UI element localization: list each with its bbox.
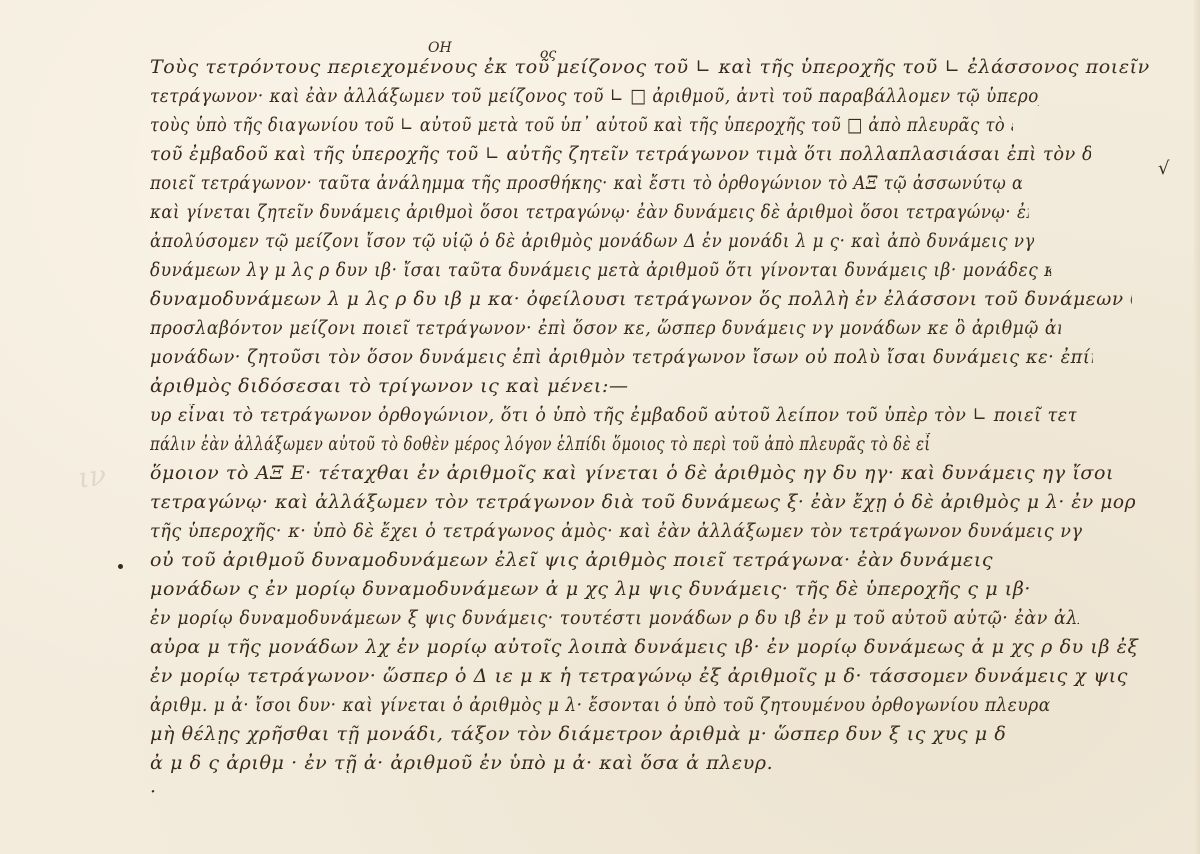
manuscript-line: προσλαβόντον μείζονι ποιεῖ τετράγωνον· ἐ… xyxy=(150,317,1061,339)
manuscript-line: πάλιν ἐὰν ἀλλάξωμεν αὐτοῦ τὸ δοθὲν μέρος… xyxy=(150,433,930,455)
manuscript-line: · xyxy=(150,781,1160,803)
manuscript-line: ἐν μορίῳ δυναμοδυνάμεων ξ ψις δυνάμεις· … xyxy=(150,607,1079,629)
page-edge xyxy=(1194,0,1200,854)
manuscript-line: αὐρα μ τῆς μονάδων λχ ἐν μορίῳ αὐτοῖς λο… xyxy=(150,636,1160,658)
manuscript-line: υρ εἶναι τὸ τετράγωνον ὀρθογώνιον, ὅτι ὁ… xyxy=(150,404,1077,426)
manuscript-line: τετράγωνον· καὶ ἐὰν ἀλλάξωμεν τοῦ μείζον… xyxy=(150,85,1039,107)
manuscript-line: τετραγώνῳ· καὶ ἀλλάξωμεν τὸν τετράγωνον … xyxy=(150,491,1138,513)
manuscript-line: ἐν μορίῳ τετράγωνον· ὥσπερ ὁ Δ ιε μ κ ἡ … xyxy=(150,665,1160,687)
manuscript-line: καὶ γίνεται ζητεῖν δυνάμεις ἀριθμοὶ ὅσοι… xyxy=(150,201,1029,223)
margin-dot xyxy=(118,564,123,569)
manuscript-line: ἀριθμ. μ ἀ· ἴσοι δυν· καὶ γίνεται ὁ ἀριθ… xyxy=(150,694,1051,716)
manuscript-line: τοὺς ὑπὸ τῆς διαγωνίου τοῦ ∟ αὐτοῦ μετὰ … xyxy=(150,114,1013,136)
manuscript-line: τοῦ ἐμβαδοῦ καὶ τῆς ὑπεροχῆς τοῦ ∟ αὐτῆς… xyxy=(150,143,1091,165)
manuscript-line: δυναμοδυνάμεων λ μ λς ρ δυ ιβ μ κα· ὀφεί… xyxy=(150,288,1132,310)
manuscript-line: Τοὺς τετρόντους περιεχομένους ἐκ τοῦ μεί… xyxy=(150,56,1160,78)
manuscript-line: ἀ μ δ ς ἀριθμ · ἐν τῇ ἀ· ἀριθμοῦ ἐν ὑπὸ … xyxy=(150,752,1160,774)
manuscript-line: ἀπολύσομεν τῷ μείζονι ἴσον τῷ υἱῷ ὁ δὲ ἀ… xyxy=(150,230,1034,252)
bleed-through-mark: ιν xyxy=(76,458,108,495)
manuscript-line: ὅμοιον τὸ ΑΞ Ε· τέταχθαι ἐν ἀριθμοῖς καὶ… xyxy=(150,462,1160,484)
manuscript-line: μὴ θέλῃς χρῆσθαι τῇ μονάδι, τάξον τὸν δι… xyxy=(150,723,1160,745)
manuscript-line: μονάδων· ζητοῦσι τὸν ὅσον δυνάμεις ἐπὶ ἀ… xyxy=(150,346,1093,368)
text-block: Τοὺς τετρόντους περιεχομένους ἐκ τοῦ μεί… xyxy=(150,0,1160,854)
manuscript-line: μονάδων ς ἐν μορίῳ δυναμοδυνάμεων ἀ μ χς… xyxy=(150,578,1160,600)
manuscript-line: τῆς ὑπεροχῆς· κ· ὑπὸ δὲ ἔχει ὁ τετράγωνο… xyxy=(150,520,1084,542)
manuscript-line: ἀριθμὸς διδόσεσαι τὸ τρίγωνον ις καὶ μέν… xyxy=(150,375,1160,397)
manuscript-line: δυνάμεων λγ μ λς ρ δυν ιβ· ἴσαι ταῦτα δυ… xyxy=(150,259,1051,281)
manuscript-page: ιν √ ΟΗ ος Τοὺς τετρόντους περιεχομένους… xyxy=(0,0,1200,854)
manuscript-line: οὐ τοῦ ἀριθμοῦ δυναμοδυνάμεων ἐλεῖ ψις ἀ… xyxy=(150,549,1160,571)
manuscript-line: ποιεῖ τετράγωνον· ταῦτα ἀνάλημμα τῆς προ… xyxy=(150,172,1022,194)
